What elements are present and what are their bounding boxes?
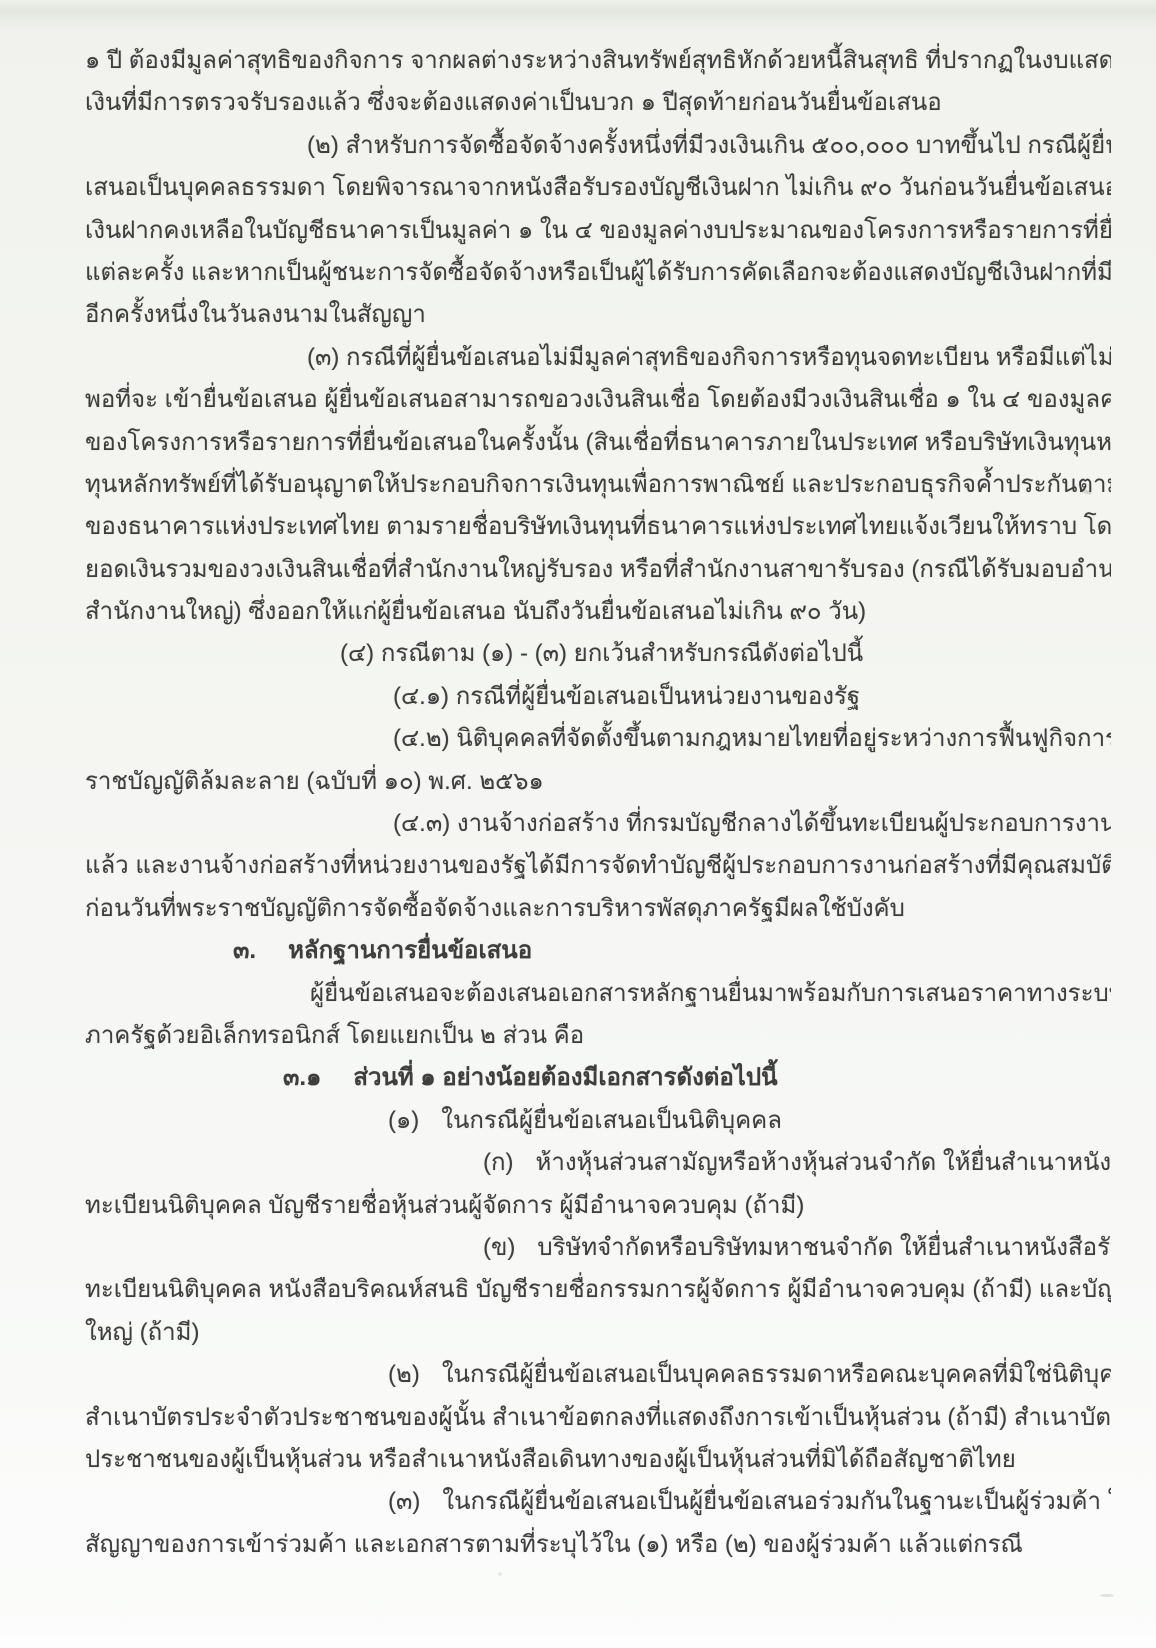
item-number: ๓. (233, 930, 256, 972)
line-text: ใหญ่ (ถ้ามี) (85, 1319, 199, 1346)
line-text: หลักฐานการยื่นข้อเสนอ (288, 937, 532, 964)
text-line: (ข)บริษัทจำกัดหรือบริษัทมหาชนจำกัด ให้ยื… (85, 1227, 1111, 1269)
line-text: เงินที่มีการตรวจรับรองแล้ว ซึ่งจะต้องแสด… (85, 89, 942, 116)
text-line: พอที่จะ เข้ายื่นข้อเสนอ ผู้ยื่นข้อเสนอสา… (85, 379, 1111, 421)
line-text: ๑ ปี ต้องมีมูลค่าสุทธิของกิจการ จากผลต่า… (85, 47, 1111, 74)
text-line: ก่อนวันที่พระราชบัญญัติการจัดซื้อจัดจ้าง… (85, 888, 1111, 930)
line-text: ยอดเงินรวมของวงเงินสินเชื่อที่สำนักงานให… (85, 556, 1111, 583)
text-line: (ก)ห้างหุ้นส่วนสามัญหรือห้างหุ้นส่วนจำกั… (85, 1142, 1111, 1184)
text-line: (๒) สำหรับการจัดซื้อจัดจ้างครั้งหนึ่งที่… (85, 125, 1111, 167)
line-text: (๔.๑) กรณีที่ผู้ยื่นข้อเสนอเป็นหน่วยงานข… (393, 683, 860, 710)
text-line: อีกครั้งหนึ่งในวันลงนามในสัญญา (85, 294, 1111, 336)
line-text: เสนอเป็นบุคคลธรรมดา โดยพิจารณาจากหนังสือ… (85, 174, 1111, 201)
line-text: สัญญาของการเข้าร่วมค้า และเอกสารตามที่ระ… (85, 1531, 1023, 1558)
line-text: ผู้ยื่นข้อเสนอจะต้องเสนอเอกสารหลักฐานยื่… (310, 980, 1111, 1007)
line-text: อีกครั้งหนึ่งในวันลงนามในสัญญา (85, 301, 426, 328)
line-text: ในกรณีผู้ยื่นข้อเสนอเป็นนิติบุคคล (441, 1107, 782, 1134)
text-line: สัญญาของการเข้าร่วมค้า และเอกสารตามที่ระ… (85, 1524, 1111, 1566)
text-line: ทุนหลักทรัพย์ที่ได้รับอนุญาตให้ประกอบกิจ… (85, 464, 1111, 506)
line-text: ก่อนวันที่พระราชบัญญัติการจัดซื้อจัดจ้าง… (85, 895, 905, 922)
line-text: ของโครงการหรือรายการที่ยื่นข้อเสนอในครั้… (85, 429, 1111, 456)
section-heading: ๓.๑ส่วนที่ ๑ อย่างน้อยต้องมีเอกสารดังต่อ… (85, 1057, 1111, 1099)
line-text: ของธนาคารแห่งประเทศไทย ตามรายชื่อบริษัทเ… (85, 513, 1111, 540)
line-text: (๔) กรณีตาม (๑) - (๓) ยกเว้นสำหรับกรณีดั… (340, 640, 863, 667)
text-line: ของธนาคารแห่งประเทศไทย ตามรายชื่อบริษัทเ… (85, 506, 1111, 548)
scan-top-band (0, 0, 1156, 30)
line-text: ห้างหุ้นส่วนสามัญหรือห้างหุ้นส่วนจำกัด ใ… (536, 1149, 1111, 1176)
text-line: ประชาชนของผู้เป็นหุ้นส่วน หรือสำเนาหนังส… (85, 1439, 1111, 1481)
text-line: สำเนาบัตรประจำตัวประชาชนของผู้นั้น สำเนา… (85, 1397, 1111, 1439)
text-line: ยอดเงินรวมของวงเงินสินเชื่อที่สำนักงานให… (85, 549, 1111, 591)
line-text: ภาครัฐด้วยอิเล็กทรอนิกส์ โดยแยกเป็น ๒ ส่… (85, 1022, 584, 1049)
line-text: ประชาชนของผู้เป็นหุ้นส่วน หรือสำเนาหนังส… (85, 1446, 1016, 1473)
line-text: ในกรณีผู้ยื่นข้อเสนอเป็นผู้ยื่นข้อเสนอร่… (442, 1488, 1111, 1515)
text-line: (๓) กรณีที่ผู้ยื่นข้อเสนอไม่มีมูลค่าสุทธ… (85, 337, 1111, 379)
text-line: (๔.๓) งานจ้างก่อสร้าง ที่กรมบัญชีกลางได้… (85, 803, 1111, 845)
item-number: ๓.๑ (283, 1057, 321, 1099)
text-line: (๓)ในกรณีผู้ยื่นข้อเสนอเป็นผู้ยื่นข้อเสน… (85, 1481, 1111, 1523)
line-text: ส่วนที่ ๑ อย่างน้อยต้องมีเอกสารดังต่อไปน… (353, 1064, 777, 1091)
text-line: สำนักงานใหญ่) ซึ่งออกให้แก่ผู้ยื่นข้อเสน… (85, 591, 1111, 633)
line-text: ทะเบียนนิติบุคคล หนังสือบริคณห์สนธิ บัญช… (85, 1276, 1111, 1303)
item-number: (๑) (388, 1100, 419, 1142)
document-page: ๑ ปี ต้องมีมูลค่าสุทธิของกิจการ จากผลต่า… (0, 40, 1156, 1566)
text-line: (๔) กรณีตาม (๑) - (๓) ยกเว้นสำหรับกรณีดั… (85, 633, 1111, 675)
line-text: (๔.๓) งานจ้างก่อสร้าง ที่กรมบัญชีกลางได้… (393, 810, 1111, 837)
text-line: ทะเบียนนิติบุคคล หนังสือบริคณห์สนธิ บัญช… (85, 1269, 1111, 1311)
text-line: เงินที่มีการตรวจรับรองแล้ว ซึ่งจะต้องแสด… (85, 82, 1111, 124)
text-line: ผู้ยื่นข้อเสนอจะต้องเสนอเอกสารหลักฐานยื่… (85, 973, 1111, 1015)
text-line: ภาครัฐด้วยอิเล็กทรอนิกส์ โดยแยกเป็น ๒ ส่… (85, 1015, 1111, 1057)
text-line: (๑)ในกรณีผู้ยื่นข้อเสนอเป็นนิติบุคคล (85, 1100, 1111, 1142)
text-line: เงินฝากคงเหลือในบัญชีธนาคารเป็นมูลค่า ๑ … (85, 210, 1111, 252)
text-line: ราชบัญญัติล้มละลาย (ฉบับที่ ๑๐) พ.ศ. ๒๕๖… (85, 761, 1111, 803)
text-line: ใหญ่ (ถ้ามี) (85, 1312, 1111, 1354)
line-text: (๓) กรณีที่ผู้ยื่นข้อเสนอไม่มีมูลค่าสุทธ… (307, 344, 1111, 371)
text-line: เสนอเป็นบุคคลธรรมดา โดยพิจารณาจากหนังสือ… (85, 167, 1111, 209)
line-text: แต่ละครั้ง และหากเป็นผู้ชนะการจัดซื้อจัด… (85, 259, 1111, 286)
scan-speck (1100, 1594, 1114, 1597)
line-text: ราชบัญญัติล้มละลาย (ฉบับที่ ๑๐) พ.ศ. ๒๕๖… (85, 768, 544, 795)
line-text: สำนักงานใหญ่) ซึ่งออกให้แก่ผู้ยื่นข้อเสน… (85, 598, 866, 625)
line-text: ทะเบียนนิติบุคคล บัญชีรายชื่อหุ้นส่วนผู้… (85, 1192, 804, 1219)
text-line: ๑ ปี ต้องมีมูลค่าสุทธิของกิจการ จากผลต่า… (85, 40, 1111, 82)
text-line: แต่ละครั้ง และหากเป็นผู้ชนะการจัดซื้อจัด… (85, 252, 1111, 294)
line-text: สำเนาบัตรประจำตัวประชาชนของผู้นั้น สำเนา… (85, 1404, 1111, 1431)
item-number: (ข) (483, 1227, 515, 1269)
line-text: (๔.๒) นิติบุคคลที่จัดตั้งขึ้นตามกฎหมายไท… (393, 725, 1111, 752)
item-number: (ก) (483, 1142, 514, 1184)
line-text: เงินฝากคงเหลือในบัญชีธนาคารเป็นมูลค่า ๑ … (85, 217, 1111, 244)
text-line: ทะเบียนนิติบุคคล บัญชีรายชื่อหุ้นส่วนผู้… (85, 1185, 1111, 1227)
line-text: ในกรณีผู้ยื่นข้อเสนอเป็นบุคคลธรรมดาหรือค… (442, 1361, 1111, 1388)
scanned-document: { "page": { "kind": "scanned-thai-procur… (0, 0, 1156, 1648)
section-heading: ๓.หลักฐานการยื่นข้อเสนอ (85, 930, 1111, 972)
line-text: (๒) สำหรับการจัดซื้อจัดจ้างครั้งหนึ่งที่… (307, 132, 1111, 159)
text-line: (๔.๒) นิติบุคคลที่จัดตั้งขึ้นตามกฎหมายไท… (85, 718, 1111, 760)
scan-speck (498, 1572, 502, 1576)
text-line: (๒)ในกรณีผู้ยื่นข้อเสนอเป็นบุคคลธรรมดาหร… (85, 1354, 1111, 1396)
text-line: (๔.๑) กรณีที่ผู้ยื่นข้อเสนอเป็นหน่วยงานข… (85, 676, 1111, 718)
line-text: พอที่จะ เข้ายื่นข้อเสนอ ผู้ยื่นข้อเสนอสา… (85, 386, 1111, 413)
scan-bottom-band (0, 1634, 1156, 1648)
line-text: ทุนหลักทรัพย์ที่ได้รับอนุญาตให้ประกอบกิจ… (85, 471, 1111, 498)
line-text: บริษัทจำกัดหรือบริษัทมหาชนจำกัด ให้ยื่นส… (537, 1234, 1111, 1261)
text-line: ของโครงการหรือรายการที่ยื่นข้อเสนอในครั้… (85, 422, 1111, 464)
line-text: แล้ว และงานจ้างก่อสร้างที่หน่วยงานของรัฐ… (85, 852, 1111, 879)
text-line: แล้ว และงานจ้างก่อสร้างที่หน่วยงานของรัฐ… (85, 845, 1111, 887)
item-number: (๓) (388, 1481, 420, 1523)
item-number: (๒) (388, 1354, 420, 1396)
